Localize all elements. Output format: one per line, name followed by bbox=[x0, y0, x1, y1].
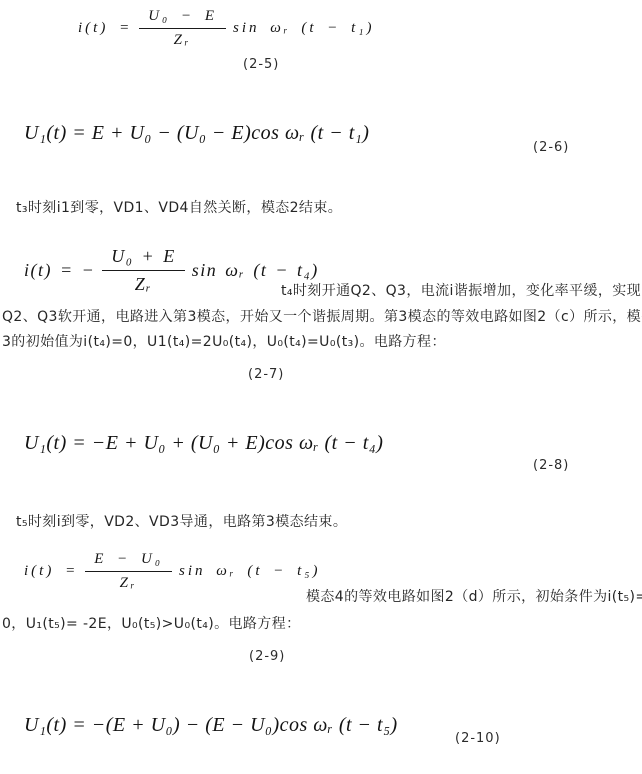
equation-2-5-tail: sin ωᵣ (t − t₁) bbox=[233, 20, 374, 37]
equation-2-9-lhs: i(t) = bbox=[24, 563, 78, 580]
fraction-denominator: Zᵣ bbox=[174, 29, 192, 49]
equation-2-7-lhs: i(t) = − bbox=[24, 260, 95, 281]
fraction: U₀ − E Zᵣ bbox=[139, 8, 226, 49]
paragraph-mode3-line2: Q2、Q3软开通，电路进入第3模态，开始又一个谐振周期。第3模态的等效电路如图2… bbox=[2, 306, 642, 326]
equation-2-5-lhs: i(t) = bbox=[78, 20, 132, 37]
equation-number-2-9: (2-9) bbox=[249, 649, 285, 664]
equation-2-8: U₁(t) = −E + U₀ + (U₀ + E)cos ωᵣ (t − t₄… bbox=[24, 432, 383, 455]
fraction: E − U₀ Zᵣ bbox=[85, 551, 172, 592]
equation-2-7: i(t) = − U₀ + E Zᵣ sin ωᵣ (t − t₄) bbox=[24, 246, 319, 295]
equation-number-2-7: (2-7) bbox=[248, 367, 284, 382]
equation-number-2-6: (2-6) bbox=[533, 140, 569, 155]
paragraph-mode3-end: t₅时刻i到零，VD2、VD3导通，电路第3模态结束。 bbox=[16, 511, 347, 531]
equation-number-2-8: (2-8) bbox=[533, 458, 569, 473]
equation-number-2-10: (2-10) bbox=[455, 731, 501, 746]
fraction: U₀ + E Zᵣ bbox=[102, 246, 184, 295]
equation-2-10: U₁(t) = −(E + U₀) − (E − U₀)cos ωᵣ (t − … bbox=[24, 714, 398, 737]
equation-2-9: i(t) = E − U₀ Zᵣ sin ωᵣ (t − t₅) bbox=[24, 551, 321, 592]
paragraph-mode4-line2: 0，U₁(t₅)= -2E，U₀(t₅)>U₀(t₄)。电路方程： bbox=[2, 613, 300, 633]
fraction-denominator: Zᵣ bbox=[135, 271, 152, 295]
paragraph-mode2-end: t₃时刻i1到零，VD1、VD4自然关断，模态2结束。 bbox=[16, 197, 342, 217]
equation-number-2-5: (2-5) bbox=[243, 57, 279, 72]
equation-2-7-tail: sin ωᵣ (t − t₄) bbox=[192, 260, 319, 281]
equation-2-10-text: U₁(t) = −(E + U₀) − (E − U₀)cos ωᵣ (t − … bbox=[24, 714, 398, 737]
equation-2-9-tail: sin ωᵣ (t − t₅) bbox=[179, 563, 320, 580]
fraction-numerator: U₀ + E bbox=[102, 246, 184, 271]
paragraph-mode3-line1: t₄时刻开通Q2、Q3，电流i谐振增加，变化率平缓，实现 bbox=[281, 280, 641, 300]
paragraph-mode4-line1: 模态4的等效电路如图2（d）所示，初始条件为i(t₅)= bbox=[306, 586, 642, 606]
equation-2-5: i(t) = U₀ − E Zᵣ sin ωᵣ (t − t₁) bbox=[78, 8, 375, 49]
equation-2-8-text: U₁(t) = −E + U₀ + (U₀ + E)cos ωᵣ (t − t₄… bbox=[24, 432, 383, 455]
fraction-numerator: U₀ − E bbox=[139, 8, 226, 29]
fraction-denominator: Zᵣ bbox=[120, 572, 138, 592]
fraction-numerator: E − U₀ bbox=[85, 551, 172, 572]
paragraph-mode3-line3: 3的初始值为i(t₄)=0，U1(t₄)=2U₀(t₄)，U₀(t₄)=U₀(t… bbox=[2, 331, 446, 351]
equation-2-6: U₁(t) = E + U₀ − (U₀ − E)cos ωᵣ (t − t₁) bbox=[24, 122, 369, 145]
document-page: i(t) = U₀ − E Zᵣ sin ωᵣ (t − t₁) (2-5) U… bbox=[0, 0, 642, 774]
equation-2-6-text: U₁(t) = E + U₀ − (U₀ − E)cos ωᵣ (t − t₁) bbox=[24, 122, 369, 145]
